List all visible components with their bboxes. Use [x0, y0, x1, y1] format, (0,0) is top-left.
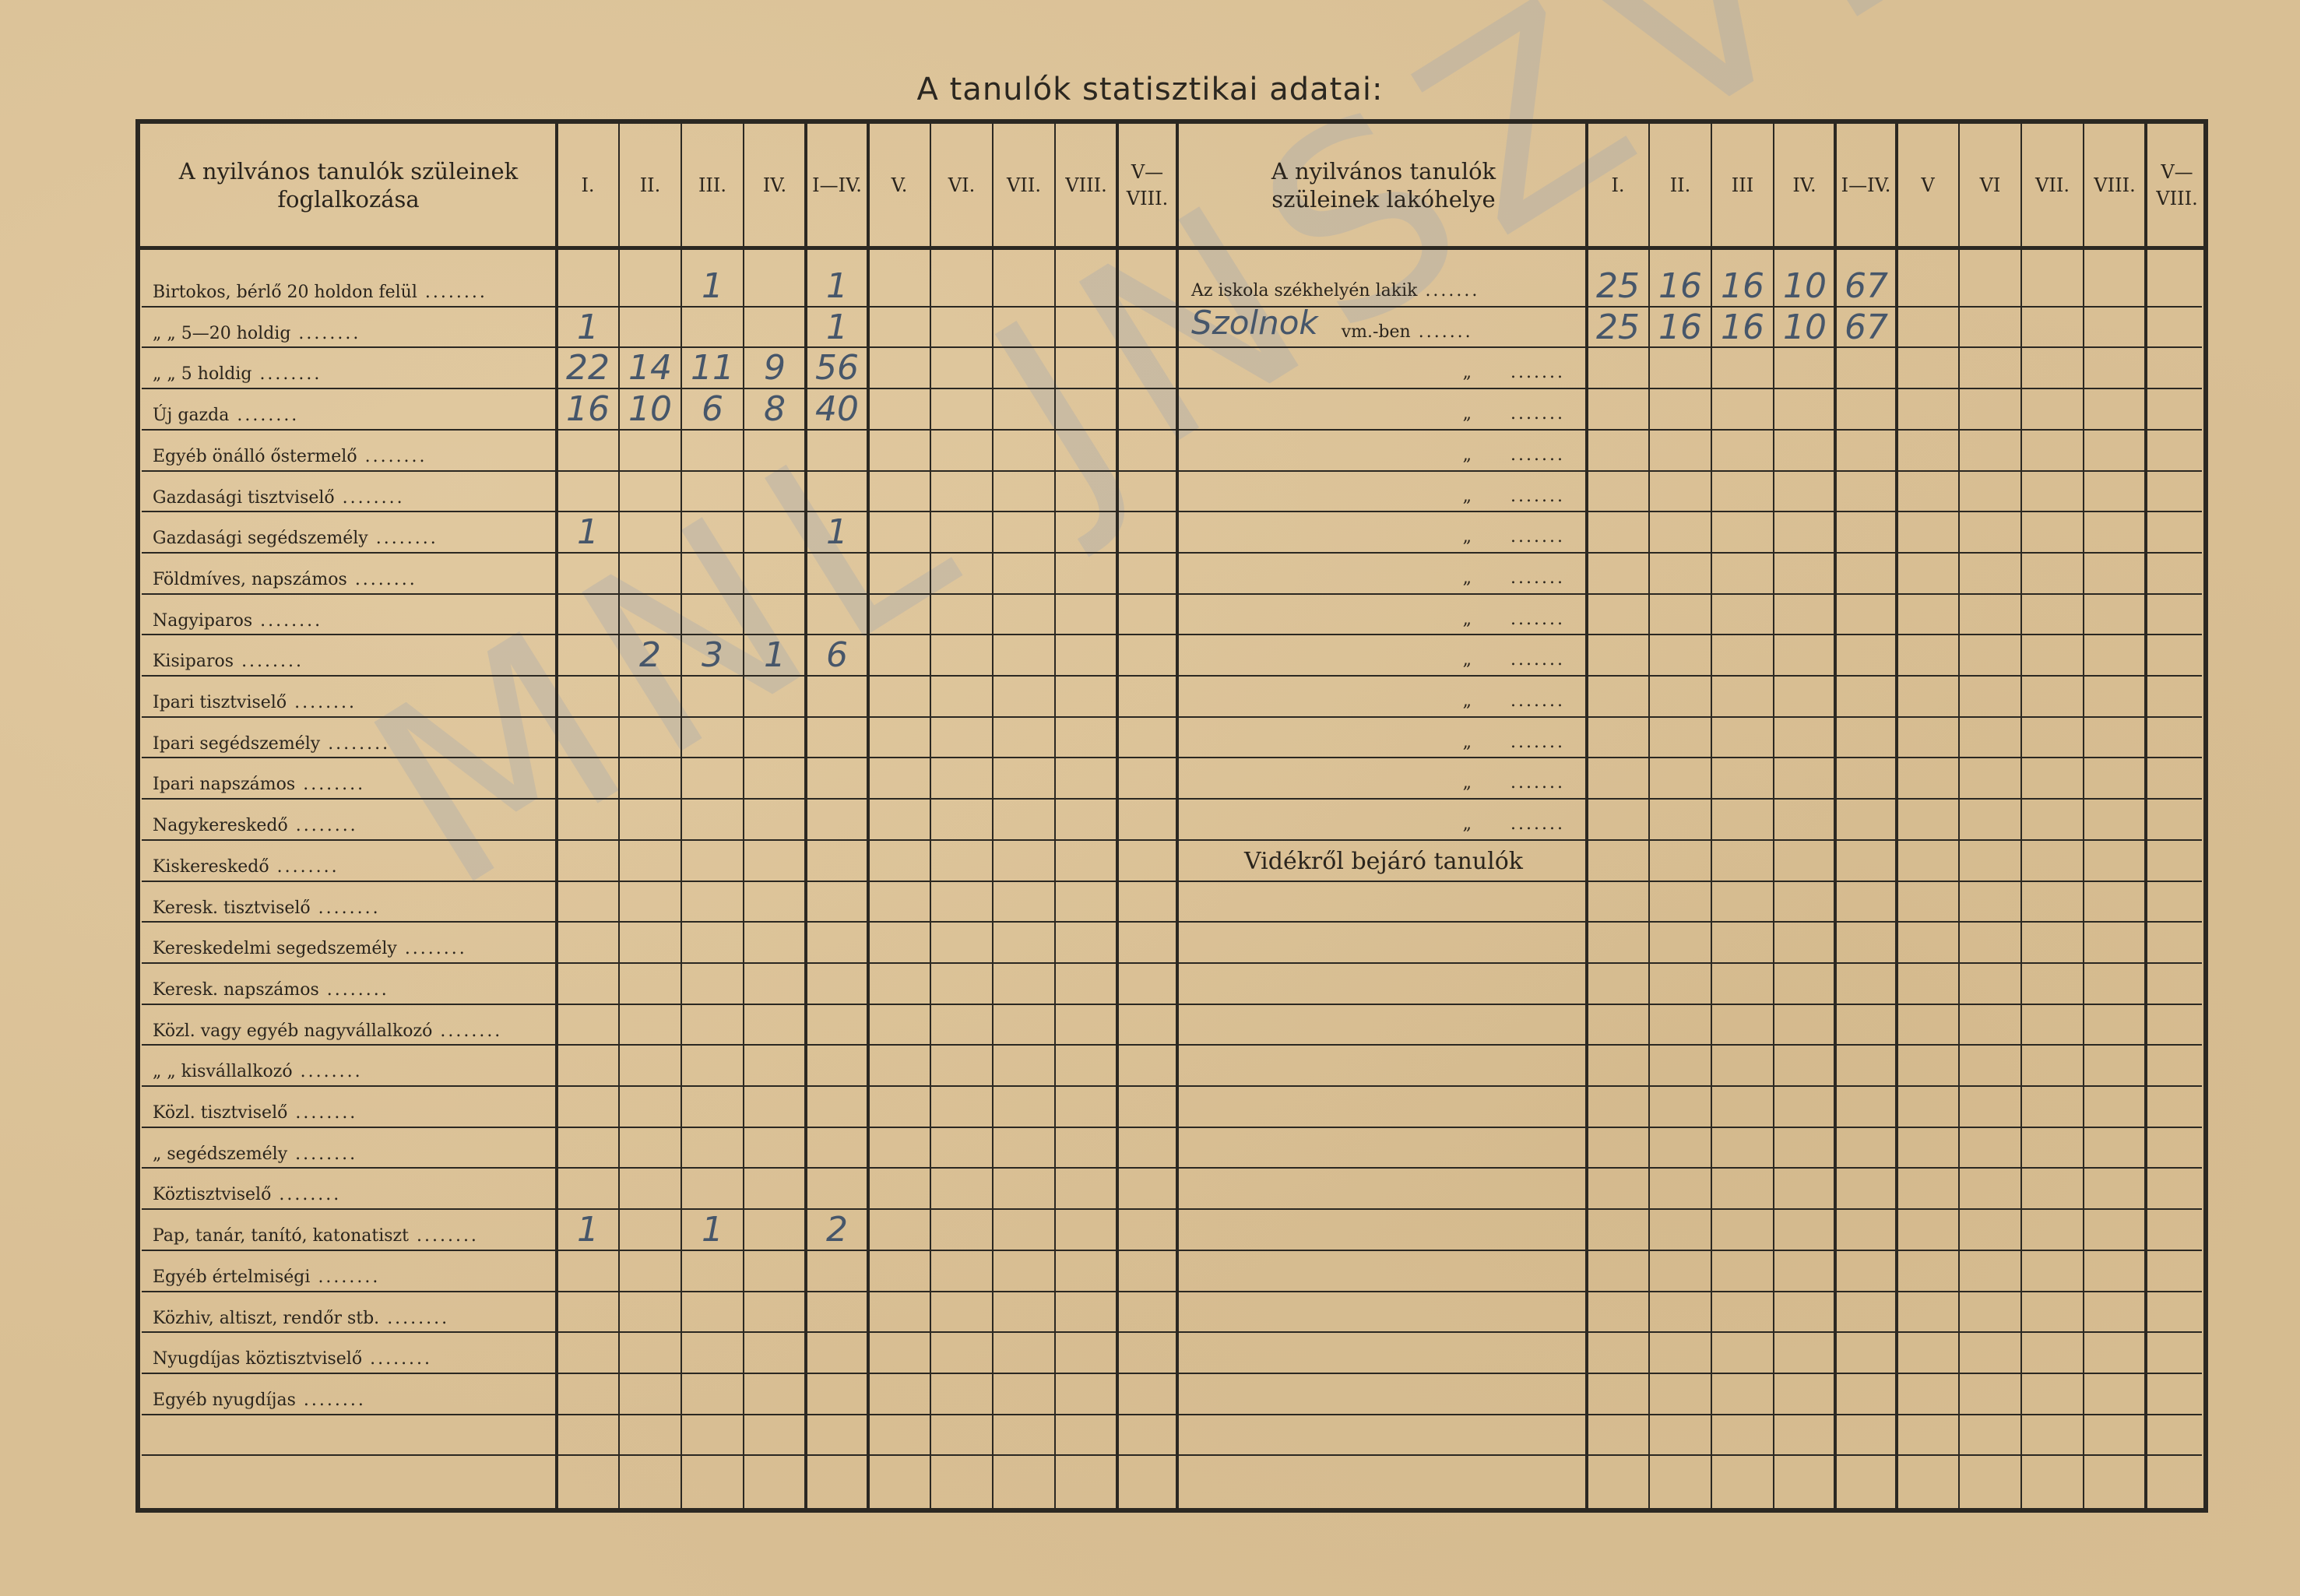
leader-dots: ....... [1510, 733, 1565, 752]
leader-dots: ........ [370, 1349, 432, 1369]
left-column-header: III. [681, 125, 744, 246]
leader-dots: ........ [355, 570, 417, 589]
row-rule [142, 881, 2202, 882]
leader-dots: ....... [1510, 773, 1565, 793]
row-rule [142, 1044, 2202, 1046]
left-row-label: Köztisztviselő ........ [153, 1176, 546, 1204]
leader-dots: ....... [1510, 650, 1565, 670]
left-row-label: Ipari napszámos ........ [153, 766, 546, 794]
row-rule [142, 429, 2202, 431]
leader-dots: ........ [295, 1144, 357, 1164]
left-row-label: Nagyiparos ........ [153, 603, 546, 631]
left-cell-value[interactable]: 2 [806, 1210, 868, 1250]
left-row-label: Kisiparos ........ [153, 643, 546, 671]
leader-dots: ........ [294, 693, 357, 712]
residence-label: „ [1463, 363, 1472, 382]
occupation-label: „ „ 5—20 holdig [153, 324, 290, 343]
left-cell-value[interactable]: 56 [806, 348, 868, 388]
column-divider [930, 124, 931, 1510]
left-cell-value[interactable]: 14 [619, 348, 681, 388]
row-rule [142, 1208, 2202, 1210]
left-row-label: Új gazda ........ [153, 397, 546, 425]
occupation-label: Közl. tisztviselő [153, 1103, 287, 1123]
left-cell-value[interactable]: 40 [806, 389, 868, 430]
leader-dots: ....... [1510, 527, 1565, 547]
left-cell-value[interactable]: 6 [681, 389, 744, 430]
leader-dots: ........ [387, 1309, 449, 1328]
residence-label: „ [1463, 733, 1472, 752]
left-column-header: VI. [930, 125, 993, 246]
row-rule [142, 675, 2202, 677]
row-rule [142, 1250, 2202, 1251]
left-row-label: Közl. vagy egyéb nagyvállalkozó ........ [153, 1013, 546, 1041]
leader-dots: ....... [1510, 814, 1565, 834]
leader-dots: ........ [295, 1103, 357, 1123]
left-row-label: Egyéb nyugdíjas ........ [153, 1382, 546, 1410]
left-row-label: Pap, tanár, tanító, katonatiszt ........ [153, 1218, 546, 1246]
leader-dots: ........ [301, 1062, 363, 1081]
left-column-header: I. [557, 125, 619, 246]
residence-label: „ [1463, 773, 1472, 793]
row-rule [142, 962, 2202, 964]
right-row-label: „ ....... [1191, 724, 1565, 752]
leader-dots: ........ [298, 324, 360, 343]
right-row-label: „ ....... [1191, 601, 1565, 629]
left-cell-value[interactable]: 1 [681, 266, 744, 307]
right-row-label: Szolnokvm.-ben ....... [1191, 314, 1565, 342]
residence-label: „ [1463, 487, 1472, 506]
leader-dots: ........ [328, 734, 390, 754]
left-row-label: Gazdasági segédszemély ........ [153, 520, 546, 548]
leader-dots: ........ [277, 857, 339, 877]
leader-dots: ....... [1510, 404, 1565, 424]
right-column-header: V—VIII. [2146, 125, 2208, 246]
right-column-header: VIII. [2084, 125, 2146, 246]
left-cell-value[interactable]: 11 [681, 348, 744, 388]
right-row-label: „ ....... [1191, 478, 1565, 506]
residence-label: „ [1463, 814, 1472, 834]
left-header-line-2: foglalkozása [277, 185, 419, 213]
leader-dots: ........ [303, 775, 365, 794]
occupation-label: Birtokos, bérlő 20 holdon felül [153, 283, 417, 302]
leader-dots: ........ [259, 364, 322, 384]
left-cell-value[interactable]: 9 [744, 348, 806, 388]
occupation-label: Keresk. napszámos [153, 980, 319, 1000]
column-divider [1054, 124, 1056, 1510]
occupation-label: Gazdasági tisztviselő [153, 488, 335, 508]
right-column-header: I—IV. [1835, 125, 1897, 246]
right-row-label: „ ....... [1191, 560, 1565, 588]
column-divider [1958, 124, 1960, 1510]
left-cell-value[interactable]: 1 [557, 512, 619, 553]
leader-dots: ........ [417, 1226, 479, 1246]
column-divider [2083, 124, 2084, 1510]
right-column-header: III [1711, 125, 1774, 246]
occupation-label: Ipari tisztviselő [153, 693, 287, 712]
row-rule [142, 1331, 2202, 1333]
left-cell-value[interactable]: 1 [806, 308, 868, 348]
commuter-students-label: Vidékről bejáró tanulók [1180, 844, 1587, 875]
left-row-label: „ „ 5—20 holdig ........ [153, 315, 546, 343]
left-row-label: „ „ 5 holdig ........ [153, 356, 546, 384]
row-rule [142, 552, 2202, 554]
column-divider [1116, 124, 1119, 1510]
occupation-label: Pap, tanár, tanító, katonatiszt [153, 1226, 409, 1246]
left-cell-value[interactable]: 1 [744, 635, 806, 676]
leader-dots: ........ [296, 816, 358, 835]
left-row-label: Keresk. napszámos ........ [153, 972, 546, 1000]
leader-dots: ....... [1419, 322, 1473, 342]
right-header-line-2: szüleinek lakóhelye [1271, 185, 1495, 213]
row-rule [142, 1454, 2202, 1456]
leader-dots: ....... [1510, 568, 1565, 588]
table-middle-divider [1176, 124, 1179, 1510]
left-table-header: A nyilvános tanulók szüleinek foglalkozá… [140, 125, 557, 246]
left-row-label: Ipari tisztviselő ........ [153, 684, 546, 712]
right-cell-value[interactable]: 10 [1774, 266, 1836, 307]
left-row-label: „ „ kisvállalkozó ........ [153, 1053, 546, 1081]
leader-dots: ........ [376, 529, 438, 548]
occupation-label: Egyéb nyugdíjas [153, 1390, 296, 1410]
occupation-label: Nagyiparos [153, 611, 252, 631]
occupation-label: Ipari napszámos [153, 775, 295, 794]
occupation-label: Gazdasági segédszemély [153, 529, 368, 548]
residence-label: „ [1463, 691, 1472, 711]
left-cell-value[interactable]: 6 [806, 635, 868, 676]
left-column-header: I—IV. [806, 125, 868, 246]
right-cell-value[interactable]: 16 [1711, 266, 1774, 307]
column-divider [2020, 124, 2022, 1510]
row-rule [142, 716, 2202, 718]
leader-dots: ........ [304, 1390, 366, 1410]
left-row-label: Közl. tisztviselő ........ [153, 1095, 546, 1123]
left-row-label: Kiskereskedő ........ [153, 849, 546, 877]
occupation-label: Keresk. tisztviselő [153, 898, 311, 918]
left-column-header: II. [619, 125, 681, 246]
left-row-label: Birtokos, bérlő 20 holdon felül ........ [153, 274, 546, 302]
right-row-label: „ ....... [1191, 437, 1565, 465]
residence-label: „ [1463, 650, 1472, 670]
left-cell-value[interactable]: 8 [744, 389, 806, 430]
leader-dots: ....... [1510, 487, 1565, 506]
left-cell-value[interactable]: 1 [806, 512, 868, 553]
row-rule [142, 470, 2202, 472]
row-rule [142, 1004, 2202, 1005]
left-column-header: V. [868, 125, 930, 246]
residence-label: Az iskola székhelyén lakik [1191, 281, 1417, 301]
occupation-label: „ segédszemély [153, 1144, 287, 1164]
right-cell-value[interactable]: 10 [1774, 308, 1836, 348]
right-row-label: „ ....... [1191, 395, 1565, 424]
left-row-label: Gazdasági tisztviselő ........ [153, 480, 546, 508]
left-row-label: Földmíves, napszámos ........ [153, 561, 546, 589]
leader-dots: ....... [1510, 445, 1565, 465]
left-cell-value[interactable]: 1 [557, 1210, 619, 1250]
right-row-label: „ ....... [1191, 519, 1565, 547]
left-column-header: V—VIII. [1117, 125, 1177, 246]
occupation-label: Egyéb önálló őstermelő [153, 447, 357, 466]
left-row-label: Kereskedelmi segedszemély ........ [153, 930, 546, 958]
occupation-label: Egyéb értelmiségi [153, 1267, 310, 1287]
leader-dots: ....... [1510, 363, 1565, 382]
residence-label: „ [1463, 404, 1472, 424]
leader-dots: ........ [260, 611, 322, 631]
row-rule [142, 921, 2202, 923]
leader-dots: ........ [318, 1267, 380, 1287]
left-header-line-1: A nyilvános tanulók szüleinek [179, 157, 518, 185]
right-cell-value[interactable]: 67 [1835, 308, 1897, 348]
right-cell-value[interactable]: 25 [1587, 266, 1649, 307]
right-row-label: „ ....... [1191, 683, 1565, 711]
row-rule [142, 1373, 2202, 1374]
row-rule [142, 634, 2202, 635]
occupation-label: Köztisztviselő [153, 1185, 271, 1204]
right-column-header: VI [1959, 125, 2021, 246]
left-cell-value[interactable]: 1 [557, 308, 619, 348]
leader-dots: ........ [318, 898, 381, 918]
occupation-label: „ „ 5 holdig [153, 364, 251, 384]
leader-dots: ........ [237, 406, 299, 425]
row-rule [142, 1127, 2202, 1128]
residence-label: „ [1463, 610, 1472, 629]
left-cell-value[interactable]: 1 [806, 266, 868, 307]
occupation-label: Nyugdíjas köztisztviselő [153, 1349, 362, 1369]
left-column-header: VIII. [1055, 125, 1117, 246]
occupation-label: Közhiv, altiszt, rendőr stb. [153, 1309, 379, 1328]
left-row-label: „ segédszemély ........ [153, 1136, 546, 1164]
left-cell-value[interactable]: 10 [619, 389, 681, 430]
leader-dots: ........ [343, 488, 405, 508]
occupation-label: Közl. vagy egyéb nagyvállalkozó [153, 1021, 432, 1041]
residence-label: vm.-ben [1342, 322, 1411, 342]
left-row-label: Egyéb önálló őstermelő ........ [153, 438, 546, 466]
occupation-label: Ipari segédszemély [153, 734, 320, 754]
occupation-label: Kereskedelmi segedszemély [153, 939, 397, 958]
right-column-header: V [1897, 125, 1959, 246]
left-cell-value[interactable]: 22 [557, 348, 619, 388]
occupation-label: Nagykereskedő [153, 816, 288, 835]
leader-dots: ........ [405, 939, 467, 958]
right-header-line-1: A nyilvános tanulók [1271, 157, 1496, 185]
row-rule [142, 1085, 2202, 1087]
leader-dots: ........ [327, 980, 389, 1000]
right-cell-value[interactable]: 16 [1649, 266, 1711, 307]
right-row-label: „ ....... [1191, 354, 1565, 382]
leader-dots: ....... [1510, 610, 1565, 629]
leader-dots: ........ [241, 652, 304, 671]
left-column-header: IV. [744, 125, 806, 246]
column-divider [681, 124, 682, 1510]
left-cell-value[interactable]: 16 [557, 389, 619, 430]
left-cell-value[interactable]: 2 [619, 635, 681, 676]
column-divider [992, 124, 994, 1510]
right-row-label: Az iskola székhelyén lakik ....... [1191, 272, 1565, 301]
left-row-label: Nagykereskedő ........ [153, 807, 546, 835]
row-rule [142, 388, 2202, 389]
right-column-header: II. [1649, 125, 1711, 246]
right-column-header: I. [1587, 125, 1649, 246]
left-row-label: Közhiv, altiszt, rendőr stb. ........ [153, 1300, 546, 1328]
left-cell-value[interactable]: 3 [681, 635, 744, 676]
document-title: A tanulók statisztikai adatai: [0, 72, 2300, 107]
leader-dots: ........ [279, 1185, 341, 1204]
residence-label: „ [1463, 527, 1472, 547]
left-row-label: Ipari segédszemély ........ [153, 726, 546, 754]
leader-dots: ........ [365, 447, 427, 466]
occupation-label: Kisiparos [153, 652, 234, 671]
right-table-header: A nyilvános tanulók szüleinek lakóhelye [1180, 125, 1587, 246]
leader-dots: ........ [440, 1021, 502, 1041]
residence-label: „ [1463, 568, 1472, 588]
row-rule [142, 839, 2202, 841]
right-row-label: „ ....... [1191, 806, 1565, 834]
row-rule [142, 757, 2202, 758]
right-cell-value[interactable]: 16 [1649, 308, 1711, 348]
right-cell-value[interactable]: 67 [1835, 266, 1897, 307]
row-rule [142, 1291, 2202, 1292]
leader-dots: ....... [1425, 281, 1479, 301]
row-rule [142, 798, 2202, 800]
occupation-label: Új gazda [153, 406, 229, 425]
row-rule [142, 1167, 2202, 1169]
right-column-header: VII. [2021, 125, 2084, 246]
leader-dots: ....... [1510, 691, 1565, 711]
residence-label: „ [1463, 445, 1472, 465]
occupation-label: „ „ kisvállalkozó [153, 1062, 293, 1081]
right-column-header: IV. [1774, 125, 1835, 246]
leader-dots: ........ [425, 283, 487, 302]
column-divider [743, 124, 744, 1510]
right-row-label: „ ....... [1191, 642, 1565, 670]
handwritten-county[interactable]: Szolnok [1191, 304, 1318, 342]
occupation-label: Földmíves, napszámos [153, 570, 347, 589]
left-row-label: Egyéb értelmiségi ........ [153, 1259, 546, 1287]
column-divider [2144, 124, 2147, 1510]
right-cell-value[interactable]: 16 [1711, 308, 1774, 348]
row-rule [142, 511, 2202, 512]
left-cell-value[interactable]: 1 [681, 1210, 744, 1250]
left-row-label: Keresk. tisztviselő ........ [153, 890, 546, 918]
right-cell-value[interactable]: 25 [1587, 308, 1649, 348]
right-row-label: „ ....... [1191, 765, 1565, 793]
left-column-header: VII. [993, 125, 1055, 246]
left-row-label: Nyugdíjas köztisztviselő ........ [153, 1341, 546, 1369]
occupation-label: Kiskereskedő [153, 857, 269, 877]
row-rule [142, 1414, 2202, 1415]
row-rule [142, 593, 2202, 595]
